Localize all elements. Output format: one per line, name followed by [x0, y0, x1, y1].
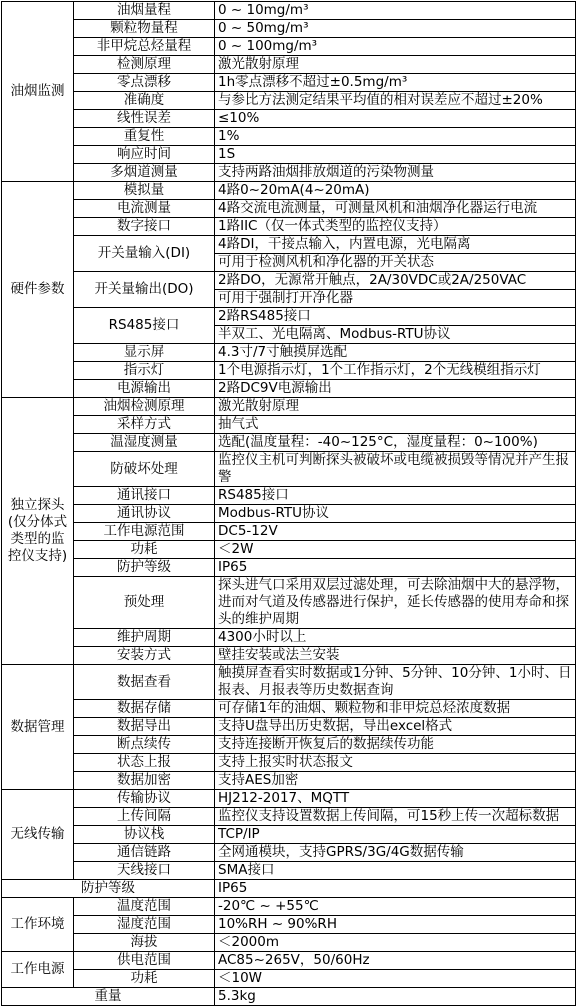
spec-row: 无线传输 传输协议 HJ212-2017、MQTT: [2, 790, 576, 808]
category-cell: 油烟监测: [2, 2, 74, 182]
spec-row: 硬件参数 模拟量 4路0~20mA(4~20mA): [2, 182, 576, 200]
spec-row: 油烟监测 油烟量程 0 ~ 10mg/m³: [2, 2, 576, 20]
category-cell: 工作环境: [2, 898, 74, 952]
spec-sheet: 油烟监测 油烟量程 0 ~ 10mg/m³ 颗粒物量程 0 ~ 50mg/m³ …: [0, 0, 576, 1006]
spec-label-cell: 非甲烷总烃量程: [74, 38, 215, 56]
spec-label-cell: 油烟检测原理: [74, 398, 215, 416]
spec-row: RS485接口 2路RS485接口: [2, 308, 576, 326]
spec-value-cell: HJ212-2017、MQTT: [215, 790, 576, 808]
spec-row: 独立探头 (仅分体式 类型的监 控仪支持) 油烟检测原理 激光散射原理: [2, 398, 576, 416]
spec-value-cell: 支持两路油烟排放烟道的污染物测量: [215, 164, 576, 182]
spec-row: 数据加密 支持AES加密: [2, 772, 576, 790]
spec-value-cell: 监控仪支持设置数据上传间隔，可15秒上传一次超标数据: [215, 808, 576, 826]
spec-value-cell: 4300小时以上: [215, 629, 576, 647]
spec-label-cell: 颗粒物量程: [74, 20, 215, 38]
spec-value-cell: 1路IIC（仅一体式类型的监控仪支持）: [215, 218, 576, 236]
spec-value-cell: ≤10%: [215, 110, 576, 128]
spec-value-cell: 可存储1年的油烟、颗粒物和非甲烷总烃浓度数据: [215, 700, 576, 718]
spec-label-cell: 传输协议: [74, 790, 215, 808]
spec-row: 非甲烷总烃量程 0 ~ 100mg/m³: [2, 38, 576, 56]
spec-label-cell: 显示屏: [74, 344, 215, 362]
spec-row: 断点续传 支持连接断开恢复后的数据续传功能: [2, 736, 576, 754]
category-cell: 独立探头 (仅分体式 类型的监 控仪支持): [2, 398, 74, 665]
spec-label-cell: 检测原理: [74, 56, 215, 74]
spec-row: 数字接口 1路IIC（仅一体式类型的监控仪支持）: [2, 218, 576, 236]
spec-label-cell: 断点续传: [74, 736, 215, 754]
spec-value-cell: -20℃ ~ +55℃: [215, 898, 576, 916]
spec-value-cell: 1h零点漂移不超过±0.5mg/m³: [215, 74, 576, 92]
spec-label-cell: 线性误差: [74, 110, 215, 128]
spec-value-cell: 4路0~20mA(4~20mA): [215, 182, 576, 200]
spec-row: 显示屏 4.3寸/7寸触摸屏选配: [2, 344, 576, 362]
spec-label-cell: 数据查看: [74, 665, 215, 700]
spec-row: 状态上报 支持上报实时状态报文: [2, 754, 576, 772]
spec-label-cell: 防护等级: [74, 559, 215, 577]
spec-value-cell: 监控仪主机可判断探头被破坏或电缆被损毁等情况并产生报警: [215, 452, 576, 487]
spec-value-cell: AC85~265V，50/60Hz: [215, 952, 576, 970]
spec-label-cell: 电源输出: [74, 380, 215, 398]
spec-row: 安装方式 壁挂安装或法兰安装: [2, 647, 576, 665]
spec-table: 油烟监测 油烟量程 0 ~ 10mg/m³ 颗粒物量程 0 ~ 50mg/m³ …: [1, 1, 576, 1006]
spec-row: 电流测量 4路交流电流测量，可测量风机和油烟净化器运行电流: [2, 200, 576, 218]
spec-label-cell: 开关量输入(DI): [74, 236, 215, 272]
category-cell: 无线传输: [2, 790, 74, 880]
spec-row: 防护等级 IP65: [2, 880, 576, 898]
spec-label-cell: 重复性: [74, 128, 215, 146]
spec-value-cell: IP65: [215, 559, 576, 577]
spec-row: 响应时间 1S: [2, 146, 576, 164]
spec-row: 天线接口 SMA接口: [2, 862, 576, 880]
spec-row: 上传间隔 监控仪支持设置数据上传间隔，可15秒上传一次超标数据: [2, 808, 576, 826]
spec-value-cell: 半双工、光电隔离、Modbus-RTU协议: [215, 326, 576, 344]
spec-label-cell: 湿度范围: [74, 916, 215, 934]
spec-row: 工作环境 温度范围 -20℃ ~ +55℃: [2, 898, 576, 916]
spec-value-cell: 4路交流电流测量，可测量风机和油烟净化器运行电流: [215, 200, 576, 218]
spec-value-cell: 0 ~ 50mg/m³: [215, 20, 576, 38]
spec-label-cell: 电流测量: [74, 200, 215, 218]
spec-row: 功耗 ＜10W: [2, 970, 576, 988]
spec-row: 工作电源 供电范围 AC85~265V，50/60Hz: [2, 952, 576, 970]
spec-value-cell: 支持连接断开恢复后的数据续传功能: [215, 736, 576, 754]
spec-label-cell: 温湿度测量: [74, 434, 215, 452]
spec-row: 检测原理 激光散射原理: [2, 56, 576, 74]
spec-label-cell: 数据导出: [74, 718, 215, 736]
spec-value-cell: 全网通模块，支持GPRS/3G/4G数据传输: [215, 844, 576, 862]
spec-value-cell: 支持U盘导出历史数据，导出excel格式: [215, 718, 576, 736]
spec-label-cell: 防破坏处理: [74, 452, 215, 487]
spec-value-cell: DC5-12V: [215, 523, 576, 541]
spec-value-cell: 选配(温度量程：-40~125°C，湿度量程：0~100%): [215, 434, 576, 452]
spec-row: 通讯接口 RS485接口: [2, 487, 576, 505]
spec-value-cell: 1个电源指示灯，1个工作指示灯，2个无线模组指示灯: [215, 362, 576, 380]
category-cell: 工作电源: [2, 952, 74, 988]
spec-label-cell: 天线接口: [74, 862, 215, 880]
spec-row: 通信链路 全网通模块，支持GPRS/3G/4G数据传输: [2, 844, 576, 862]
spec-value-cell: 与参比方法测定结果平均值的相对误差应不超过±20%: [215, 92, 576, 110]
spec-row: 通讯协议 Modbus-RTU协议: [2, 505, 576, 523]
spec-row: 零点漂移 1h零点漂移不超过±0.5mg/m³: [2, 74, 576, 92]
spec-label-cell: 防护等级: [2, 880, 215, 898]
spec-row: 预处理 探头进气口采用双层过滤处理，可去除油烟中大的悬浮物，进而对气道及传感器进…: [2, 577, 576, 629]
spec-label-cell: 开关量输出(DO): [74, 272, 215, 308]
spec-value-cell: 2路DO，无源常开触点，2A/30VDC或2A/250VAC: [215, 272, 576, 290]
spec-value-cell: SMA接口: [215, 862, 576, 880]
spec-row: 工作电源范围 DC5-12V: [2, 523, 576, 541]
spec-label-cell: 通讯接口: [74, 487, 215, 505]
spec-label-cell: 数据存储: [74, 700, 215, 718]
spec-value-cell: 激光散射原理: [215, 56, 576, 74]
spec-label-cell: 油烟量程: [74, 2, 215, 20]
spec-row: 多烟道测量 支持两路油烟排放烟道的污染物测量: [2, 164, 576, 182]
spec-value-cell: 2路DC9V电源输出: [215, 380, 576, 398]
spec-row: 指示灯 1个电源指示灯，1个工作指示灯，2个无线模组指示灯: [2, 362, 576, 380]
spec-row: 维护周期 4300小时以上: [2, 629, 576, 647]
spec-value-cell: 可用于强制打开净化器: [215, 290, 576, 308]
spec-value-cell: 4路DI，干接点输入，内置电源，光电隔离: [215, 236, 576, 254]
spec-label-cell: 响应时间: [74, 146, 215, 164]
spec-value-cell: Modbus-RTU协议: [215, 505, 576, 523]
spec-value-cell: 10%RH ~ 90%RH: [215, 916, 576, 934]
spec-label-cell: 重量: [2, 988, 215, 1006]
spec-label-cell: 上传间隔: [74, 808, 215, 826]
spec-label-cell: 零点漂移: [74, 74, 215, 92]
spec-row: 防护等级 IP65: [2, 559, 576, 577]
spec-label-cell: 状态上报: [74, 754, 215, 772]
spec-row: 准确度 与参比方法测定结果平均值的相对误差应不超过±20%: [2, 92, 576, 110]
spec-label-cell: 准确度: [74, 92, 215, 110]
spec-value-cell: 4.3寸/7寸触摸屏选配: [215, 344, 576, 362]
spec-row: 颗粒物量程 0 ~ 50mg/m³: [2, 20, 576, 38]
spec-label-cell: 供电范围: [74, 952, 215, 970]
spec-row: 湿度范围 10%RH ~ 90%RH: [2, 916, 576, 934]
spec-row: 开关量输出(DO) 2路DO，无源常开触点，2A/30VDC或2A/250VAC: [2, 272, 576, 290]
spec-row: 海拔 ＜2000m: [2, 934, 576, 952]
spec-value-cell: 0 ~ 10mg/m³: [215, 2, 576, 20]
spec-value-cell: RS485接口: [215, 487, 576, 505]
spec-value-cell: 探头进气口采用双层过滤处理，可去除油烟中大的悬浮物，进而对气道及传感器进行保护，…: [215, 577, 576, 629]
spec-value-cell: 抽气式: [215, 416, 576, 434]
spec-label-cell: 通信链路: [74, 844, 215, 862]
spec-label-cell: 功耗: [74, 970, 215, 988]
spec-label-cell: 数据加密: [74, 772, 215, 790]
spec-value-cell: 可用于检测风机和净化器的开关状态: [215, 254, 576, 272]
spec-row: 数据管理 数据查看 触摸屏查看实时数据或1分钟、5分钟、10分钟、1小时、日报表…: [2, 665, 576, 700]
spec-row: 线性误差 ≤10%: [2, 110, 576, 128]
spec-label-cell: RS485接口: [74, 308, 215, 344]
spec-label-cell: 功耗: [74, 541, 215, 559]
spec-label-cell: 海拔: [74, 934, 215, 952]
spec-row: 数据存储 可存储1年的油烟、颗粒物和非甲烷总烃浓度数据: [2, 700, 576, 718]
spec-label-cell: 通讯协议: [74, 505, 215, 523]
spec-label-cell: 多烟道测量: [74, 164, 215, 182]
spec-label-cell: 工作电源范围: [74, 523, 215, 541]
spec-value-cell: TCP/IP: [215, 826, 576, 844]
spec-value-cell: 5.3kg: [215, 988, 576, 1006]
spec-value-cell: ＜2000m: [215, 934, 576, 952]
spec-label-cell: 采样方式: [74, 416, 215, 434]
category-cell: 数据管理: [2, 665, 74, 790]
spec-row: 防破坏处理 监控仪主机可判断探头被破坏或电缆被损毁等情况并产生报警: [2, 452, 576, 487]
spec-row: 开关量输入(DI) 4路DI，干接点输入，内置电源，光电隔离: [2, 236, 576, 254]
spec-label-cell: 协议栈: [74, 826, 215, 844]
spec-row: 协议栈 TCP/IP: [2, 826, 576, 844]
spec-row: 电源输出 2路DC9V电源输出: [2, 380, 576, 398]
spec-value-cell: ＜10W: [215, 970, 576, 988]
spec-row: 采样方式 抽气式: [2, 416, 576, 434]
spec-value-cell: 支持上报实时状态报文: [215, 754, 576, 772]
spec-value-cell: 0 ~ 100mg/m³: [215, 38, 576, 56]
spec-value-cell: 激光散射原理: [215, 398, 576, 416]
spec-row: 重复性 1%: [2, 128, 576, 146]
category-cell: 硬件参数: [2, 182, 74, 398]
spec-row: 重量 5.3kg: [2, 988, 576, 1006]
spec-label-cell: 预处理: [74, 577, 215, 629]
spec-value-cell: 壁挂安装或法兰安装: [215, 647, 576, 665]
spec-label-cell: 温度范围: [74, 898, 215, 916]
spec-value-cell: 1S: [215, 146, 576, 164]
spec-label-cell: 模拟量: [74, 182, 215, 200]
spec-row: 功耗 ＜2W: [2, 541, 576, 559]
spec-row: 数据导出 支持U盘导出历史数据，导出excel格式: [2, 718, 576, 736]
spec-label-cell: 指示灯: [74, 362, 215, 380]
spec-value-cell: 2路RS485接口: [215, 308, 576, 326]
spec-label-cell: 维护周期: [74, 629, 215, 647]
spec-value-cell: ＜2W: [215, 541, 576, 559]
spec-label-cell: 数字接口: [74, 218, 215, 236]
spec-value-cell: 支持AES加密: [215, 772, 576, 790]
spec-value-cell: IP65: [215, 880, 576, 898]
spec-row: 温湿度测量 选配(温度量程：-40~125°C，湿度量程：0~100%): [2, 434, 576, 452]
spec-label-cell: 安装方式: [74, 647, 215, 665]
spec-value-cell: 触摸屏查看实时数据或1分钟、5分钟、10分钟、1小时、日报表、月报表等历史数据查…: [215, 665, 576, 700]
spec-value-cell: 1%: [215, 128, 576, 146]
